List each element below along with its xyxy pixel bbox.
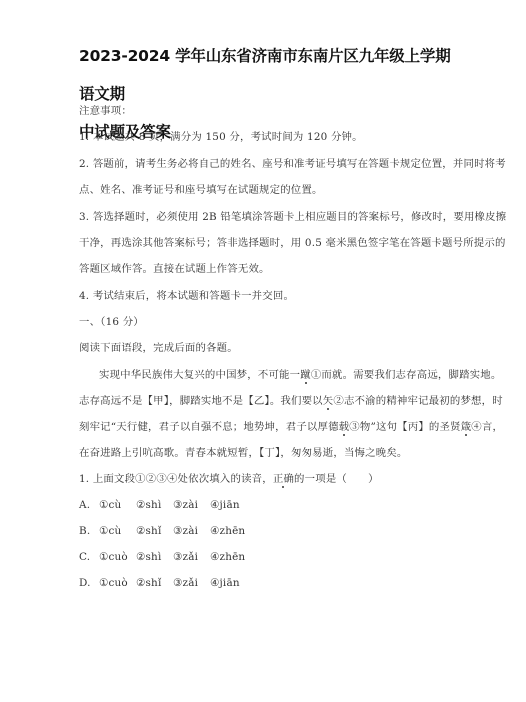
emphasized-char: 蹴 (300, 369, 311, 381)
title-line-1: 2023-2024 学年山东省济南市东南片区九年级上学期语文期 (79, 37, 459, 113)
option-label: B. (79, 524, 99, 538)
notice-3: 3. 答选择题时，必须使用 2B 铅笔填涂答题卡上相应题目的答案标号，修改时，要… (79, 210, 506, 224)
passage-text: 刻牢记“天行健，君子以自强不息；地势坤，君子以厚德 (79, 421, 339, 433)
reading-instruction: 阅读下面语段，完成后面的各题。 (79, 341, 238, 355)
emphasized-word: 正确 (273, 473, 294, 485)
pinyin: ①cuò (99, 550, 136, 564)
pinyin: ④jiān (210, 498, 247, 512)
passage-text: 实现中华民族伟大复兴的中国梦，不可能一 (99, 369, 300, 381)
question-text: 的一项是（ ） (294, 473, 379, 485)
passage-line-2: 志存高远不是【甲】，脚踏实地不是【乙】。我们要以矢②志不渝的精神牢记最初的梦想，… (79, 394, 503, 408)
pinyin: ①cuò (99, 576, 136, 590)
option-label: C. (79, 550, 99, 564)
q1-option-b: B.①cù②shǐ③zài④zhēn (79, 524, 247, 538)
notice-3-cont: 干净，再选涂其他答案标号；答非选择题时，用 0.5 毫米黑色签字笔在答题卡题号所… (79, 236, 506, 250)
passage-text: ①而就。需要我们志存高远，脚踏实地。 (311, 369, 502, 381)
option-label: D. (79, 576, 99, 590)
emphasized-char: 载 (339, 421, 350, 433)
pinyin: ②shǐ (136, 576, 173, 590)
passage-text: ④言， (471, 421, 503, 433)
passage-line-3: 刻牢记“天行健，君子以自强不息；地势坤，君子以厚德载③物”这句【丙】的圣贤箴④言… (79, 420, 503, 434)
passage-line-1: 实现中华民族伟大复兴的中国梦，不可能一蹴①而就。需要我们志存高远，脚踏实地。 (99, 368, 501, 382)
pinyin: ②shì (136, 550, 173, 564)
notice-2: 2. 答题前，请考生务必将自己的姓名、座号和准考证号填写在答题卡规定位置，并同时… (79, 157, 506, 171)
pinyin: ③zǎi (173, 576, 210, 590)
passage-text: 志存高远不是【甲】，脚踏实地不是【乙】。我们要以 (79, 395, 323, 407)
pinyin: ②shǐ (136, 524, 173, 538)
pinyin: ④zhēn (210, 550, 247, 564)
pinyin: ②shì (136, 498, 173, 512)
emphasized-char: 矢 (323, 395, 334, 407)
notice-4: 4. 考试结束后，将本试题和答题卡一并交回。 (79, 289, 294, 303)
emphasized-char: 箴 (461, 421, 472, 433)
pinyin: ①cù (99, 524, 136, 538)
pinyin: ④jiān (210, 576, 247, 590)
passage-line-4: 在奋进路上引吭高歌。青春本就短暂，【丁】，匆匆易逝，当悔之晚矣。 (79, 446, 408, 460)
pinyin: ③zài (173, 498, 210, 512)
q1-option-c: C.①cuò②shì③zǎi④zhēn (79, 550, 247, 564)
notice-1: 1. 本试题共 8 页，满分为 150 分，考试时间为 120 分钟。 (79, 130, 363, 144)
passage-text: ③物”这句【丙】的圣贤 (349, 421, 460, 433)
pinyin: ④zhēn (210, 524, 247, 538)
notice-3-cont-2: 答题区域作答。直接在试题上作答无效。 (79, 262, 270, 276)
q1-option-a: A.①cù②shì③zài④jiān (79, 498, 247, 512)
notice-heading: 注意事项： (79, 104, 132, 118)
passage-text: ②志不渝的精神牢记最初的梦想，时 (333, 395, 502, 407)
document-page: 2023-2024 学年山东省济南市东南片区九年级上学期语文期 中试题及答案 注… (0, 0, 526, 702)
q1-option-d: D.①cuò②shǐ③zǎi④jiān (79, 576, 247, 590)
notice-2-cont: 点、姓名、准考证号和座号填写在试题规定的位置。 (79, 183, 323, 197)
pinyin: ①cù (99, 498, 136, 512)
pinyin: ③zài (173, 524, 210, 538)
section-heading: 一、（16 分） (79, 315, 144, 329)
pinyin: ③zǎi (173, 550, 210, 564)
question-text: 1. 上面文段①②③④处依次填入的读音， (79, 473, 273, 485)
option-label: A. (79, 498, 99, 512)
question-1-stem: 1. 上面文段①②③④处依次填入的读音，正确的一项是（ ） (79, 472, 379, 486)
